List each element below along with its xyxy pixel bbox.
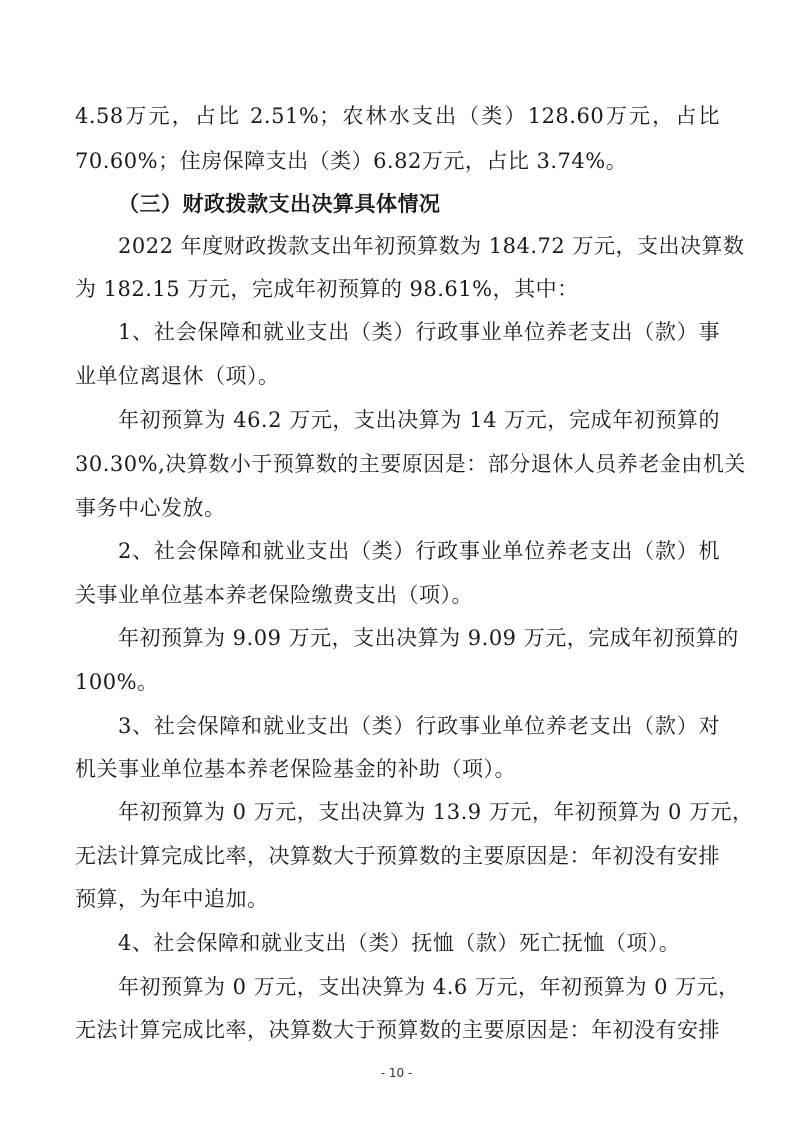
paragraph-line: 30.30%,决算数小于预算数的主要原因是：部分退休人员养老金由机关	[75, 449, 720, 479]
paragraph-line: 100%。	[75, 667, 720, 697]
paragraph-line: 4、社会保障和就业支出（类）抚恤（款）死亡抚恤（项）。	[118, 928, 720, 958]
paragraph-line: 预算，为年中追加。	[75, 884, 720, 914]
paragraph-line: 2022 年度财政拨款支出年初预算数为 184.72 万元，支出决算数	[118, 231, 720, 261]
paragraph-line: 年初预算为 0 万元，支出决算为 4.6 万元，年初预算为 0 万元，	[118, 972, 720, 1002]
paragraph-line: 1、社会保障和就业支出（类）行政事业单位养老支出（款）事	[118, 317, 720, 347]
section-heading: （三）财政拨款支出决算具体情况	[118, 189, 441, 219]
paragraph-line: 年初预算为 0 万元，支出决算为 13.9 万元，年初预算为 0 万元，	[118, 797, 720, 827]
paragraph-line: 机关事业单位基本养老保险基金的补助（项）。	[75, 754, 720, 784]
paragraph-line: 关事业单位基本养老保险缴费支出（项）。	[75, 580, 720, 610]
paragraph-line: 年初预算为 9.09 万元，支出决算为 9.09 万元，完成年初预算的	[118, 623, 720, 653]
page-number: - 10 -	[0, 1066, 793, 1080]
paragraph-line: 3、社会保障和就业支出（类）行政事业单位养老支出（款）对	[118, 711, 720, 741]
paragraph-line: 年初预算为 46.2 万元，支出决算为 14 万元，完成年初预算的	[118, 405, 720, 435]
paragraph-line: 4.58万元，占比 2.51%；农林水支出（类）128.60万元，占比	[75, 101, 720, 131]
paragraph-line: 无法计算完成比率，决算数大于预算数的主要原因是：年初没有安排	[75, 1015, 720, 1045]
paragraph-line: 70.60%；住房保障支出（类）6.82万元，占比 3.74%。	[75, 146, 720, 176]
paragraph-line: 2、社会保障和就业支出（类）行政事业单位养老支出（款）机	[118, 536, 720, 566]
paragraph-line: 无法计算完成比率，决算数大于预算数的主要原因是：年初没有安排	[75, 841, 720, 871]
paragraph-line: 为 182.15 万元，完成年初预算的 98.61%，其中：	[75, 274, 720, 304]
document-page: 4.58万元，占比 2.51%；农林水支出（类）128.60万元，占比 70.6…	[0, 0, 793, 1122]
paragraph-line: 业单位离退休（项）。	[75, 361, 720, 391]
paragraph-line: 事务中心发放。	[75, 493, 720, 523]
